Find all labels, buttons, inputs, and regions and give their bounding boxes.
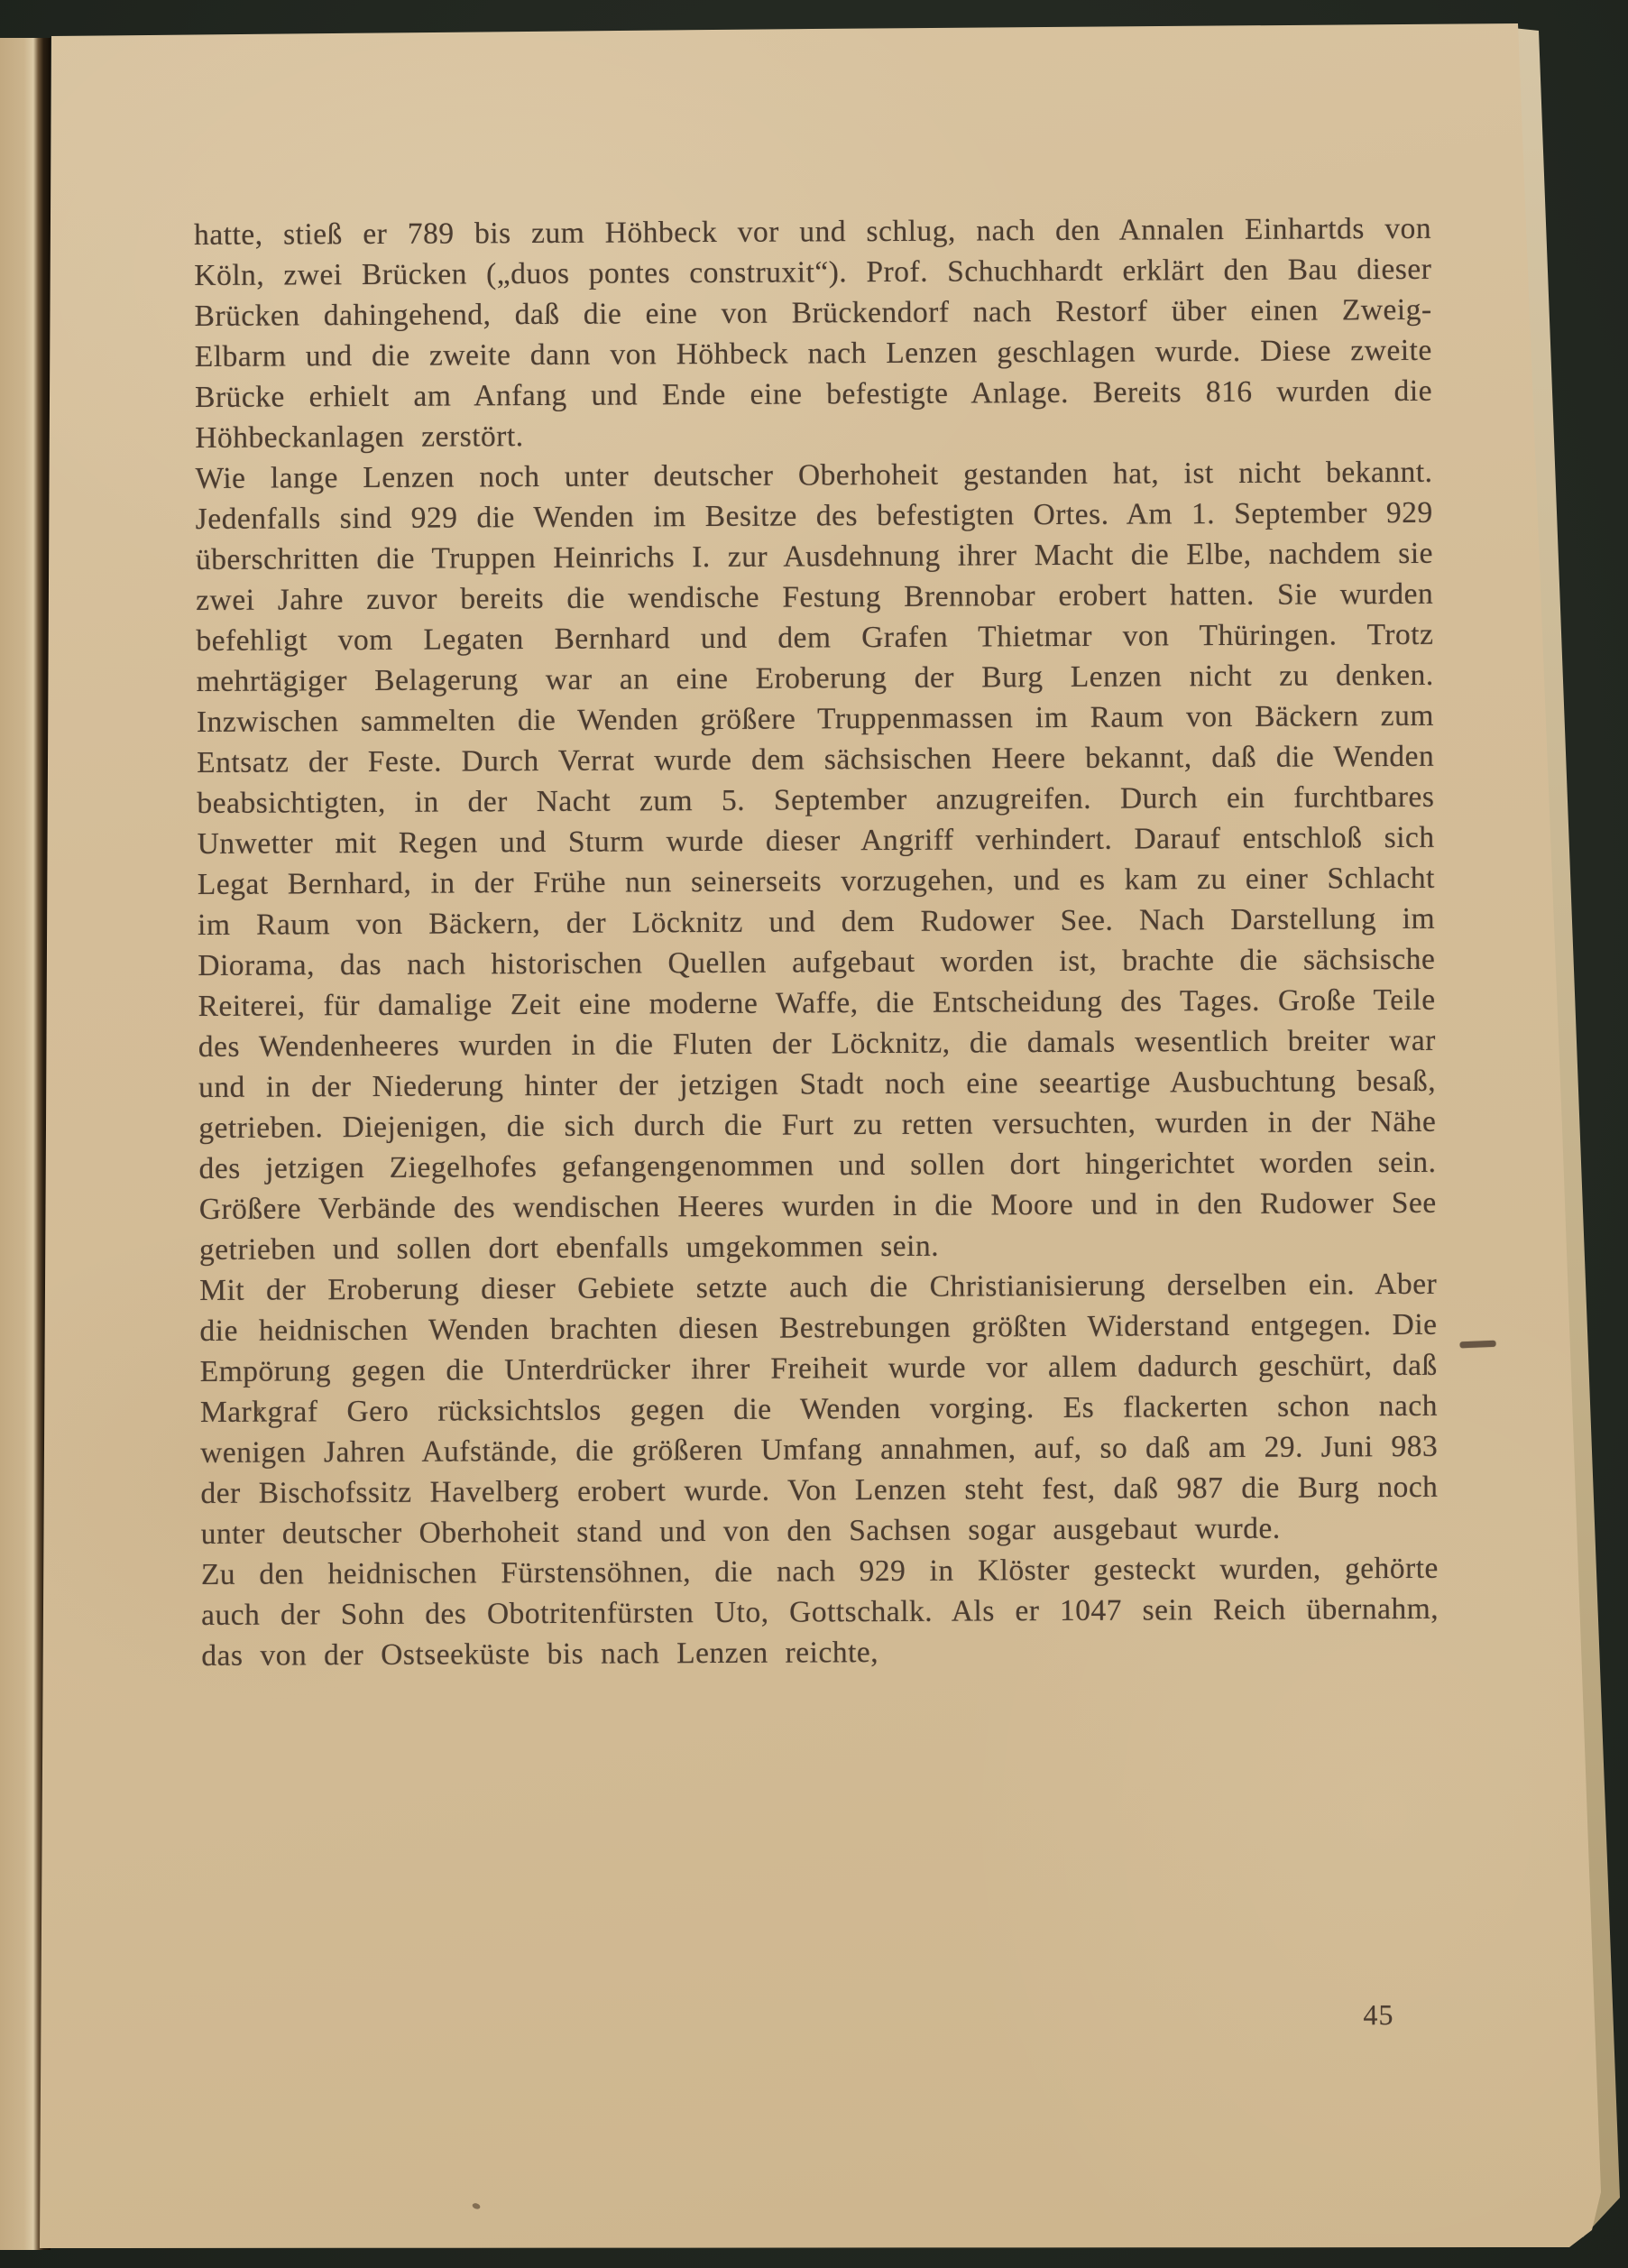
ink-speck xyxy=(472,2202,481,2210)
paragraph-1: hatte, stieß er 789 bis zum Höhbeck vor … xyxy=(194,208,1432,458)
book-page: hatte, stieß er 789 bis zum Höhbeck vor … xyxy=(0,0,1628,2268)
page-number: 45 xyxy=(203,1998,1440,2038)
paragraph-4: Zu den heidnischen Fürstensöhnen, die na… xyxy=(201,1548,1439,1676)
paragraph-2: Wie lange Lenzen noch unter deutscher Ob… xyxy=(195,452,1437,1270)
paragraph-3: Mit der Eroberung dieser Gebiete setzte … xyxy=(199,1264,1439,1554)
body-text: hatte, stieß er 789 bis zum Höhbeck vor … xyxy=(194,208,1439,1676)
ink-speck xyxy=(255,1407,261,1413)
ink-smudge-mark xyxy=(1459,1341,1495,1349)
page-text-area: hatte, stieß er 789 bis zum Höhbeck vor … xyxy=(0,0,1628,2268)
